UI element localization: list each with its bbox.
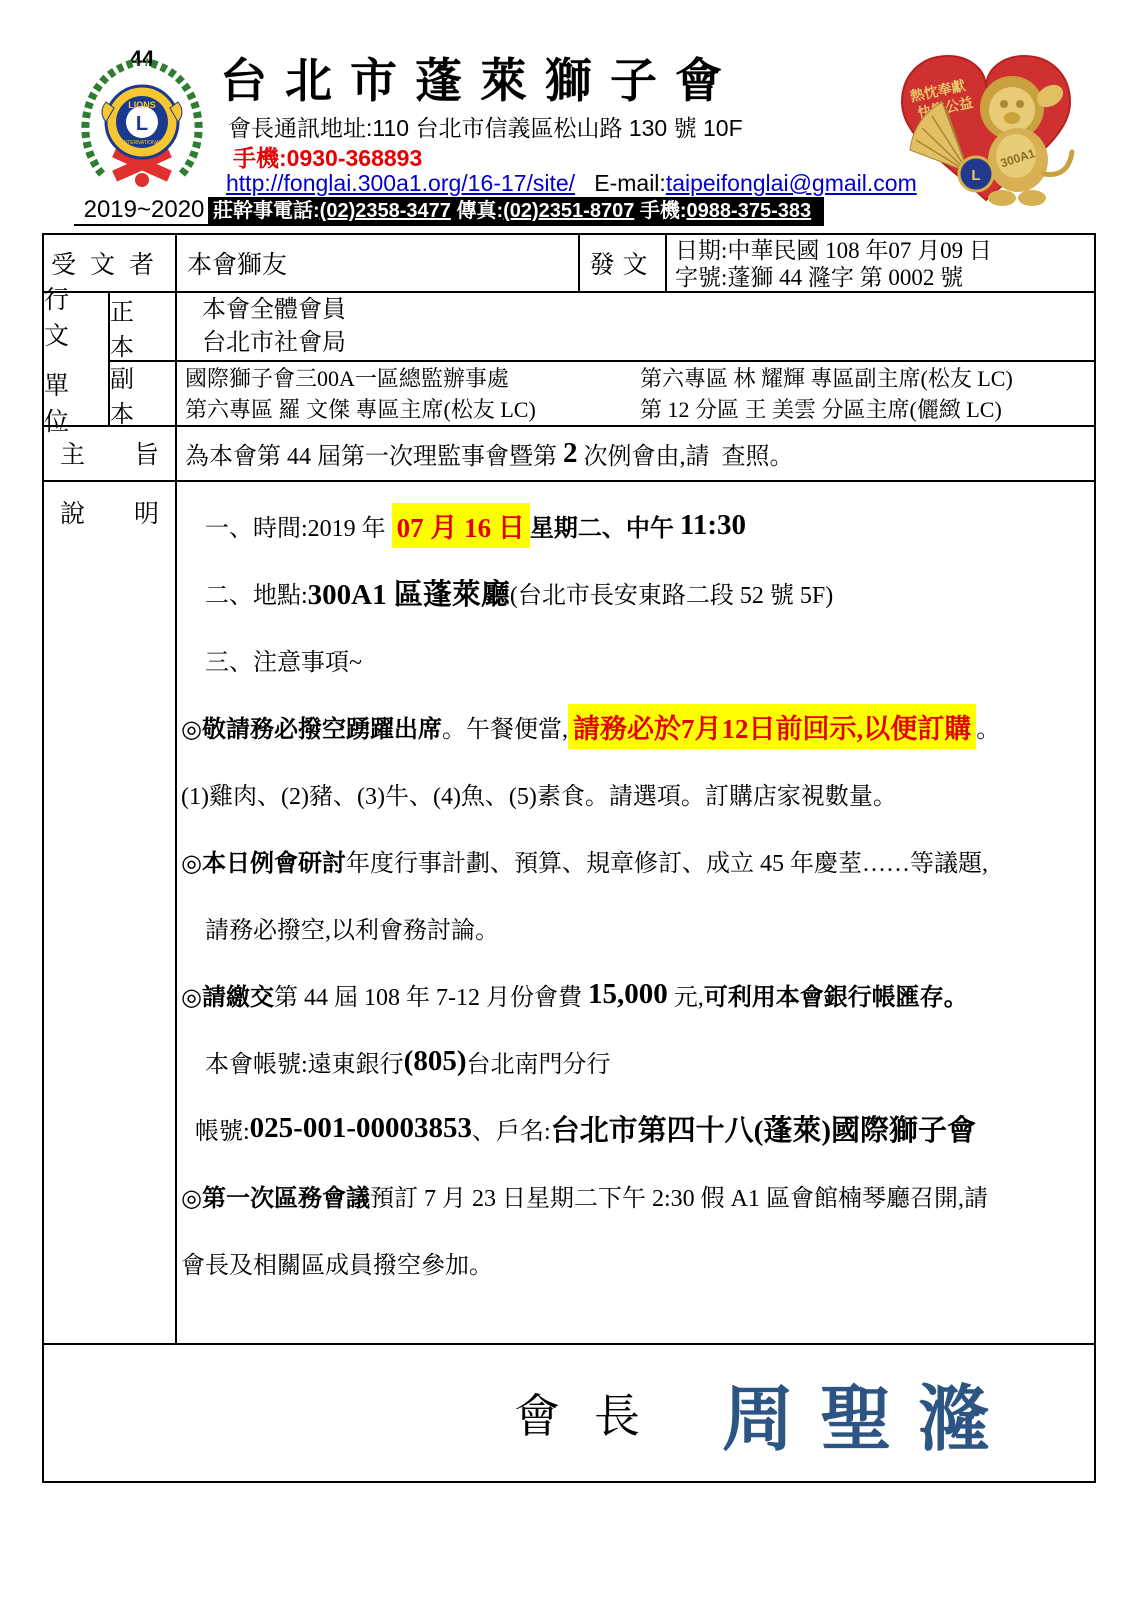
text-segment: (02)2351-8707 — [503, 200, 634, 222]
carbon-copy-row: 副 本 國際獅子會三00A一區總監辦事處 第六專區 林 耀輝 專區副主席(松友 … — [110, 362, 1094, 425]
original-copy-row: 正 本 本會全體會員 台北市社會局 — [110, 293, 1094, 362]
subject-label: 主 旨 — [44, 427, 177, 480]
document-page: { "header": { "emblem": { "number": "44"… — [0, 0, 1132, 1600]
description-line: 本會帳號:遠東銀行(805)台北南門分行 — [177, 1028, 1094, 1095]
description-line: 請務必撥空,以利會務討論。 — [177, 894, 1094, 961]
text-segment: 15,000 — [588, 978, 668, 1011]
recipient-value: 本會獅友 — [177, 235, 580, 291]
text-segment: ◎本日例會研討 — [181, 843, 346, 878]
text-segment: (805) — [404, 1045, 467, 1078]
original-recipient-line: 本會全體會員 — [202, 294, 1094, 327]
copy-recipients: 國際獅子會三00A一區總監辦事處 第六專區 林 耀輝 專區副主席(松友 LC) … — [177, 362, 1094, 425]
website-link[interactable]: http://fonglai.300a1.org/16-17/site/ — [226, 170, 575, 196]
text-segment: 二、地點: — [205, 575, 308, 610]
text-segment: 年度行事計劃、預算、規章修訂、成立 45 年慶荎……等議題, — [346, 843, 988, 878]
text-segment: 請務必於7月12日前回示,以便訂購 — [568, 704, 976, 749]
original-recipients: 本會全體會員 台北市社會局 — [177, 293, 1094, 360]
text-segment: 。午餐便當, — [442, 709, 568, 744]
description-line: 二、地點:300A1 區蓬萊廳(台北市長安東路二段 52 號 5F) — [177, 559, 1094, 626]
text-segment: 台北市第四十八(蓬萊)國際獅子會 — [551, 1108, 976, 1149]
text-segment: ◎請繳交 — [181, 977, 274, 1012]
description-line: 帳號:025-001-00003853、戶名:台北市第四十八(蓬萊)國際獅子會 — [177, 1095, 1094, 1162]
lions-emblem-icon: 44 LIONS L INTERNATIONAL — [68, 46, 216, 198]
text-segment: (台北市長安東路二段 52 號 5F) — [510, 575, 833, 610]
svg-text:INTERNATIONAL: INTERNATIONAL — [122, 140, 162, 146]
text-segment: 星期二、中午 — [530, 508, 680, 543]
text-segment: 為本會第 44 屆第一次理監事會暨第 — [185, 436, 563, 471]
description-line: ◎請繳交第 44 屆 108 年 7-12 月份會費 15,000 元,可利用本… — [177, 961, 1094, 1028]
dispatch-number: 字號:蓬獅 44 漋字 第 0002 號 — [675, 264, 1094, 291]
original-label: 正 本 — [110, 293, 177, 360]
svg-text:L: L — [971, 167, 980, 184]
copy-label: 副 本 — [110, 362, 177, 425]
description-line: ◎第一次區務會議預訂 7 月 23 日星期二下午 2:30 假 A1 區會館楠琴… — [177, 1162, 1094, 1229]
dispatch-info: 日期:中華民國 108 年07 月09 日 字號:蓬獅 44 漋字 第 0002… — [667, 235, 1094, 291]
text-segment: 手機: — [634, 200, 686, 222]
description-line: 三、注意事項~ — [177, 626, 1094, 693]
text-segment: 2 — [563, 437, 578, 470]
copy-recipient-cell: 第六專區 羅 文傑 專區主席(松友 LC) — [185, 394, 640, 425]
club-term-years: 2019~2020 — [74, 196, 214, 226]
row-recipient: 受文者 本會獅友 發文 日期:中華民國 108 年07 月09 日 字號:蓬獅 … — [44, 235, 1094, 293]
text-segment: 025-001-00003853 — [250, 1112, 472, 1145]
club-title: 台北市蓬萊獅子會 — [220, 44, 740, 111]
lion-mascot-icon: 熱忱奉獻 快樂公益 300A1 L — [876, 44, 1096, 216]
text-segment: 台北南門分行 — [467, 1044, 611, 1079]
text-segment: 本會帳號:遠東銀行 — [205, 1044, 404, 1079]
text-segment: 請務必撥空,以利會務討論。 — [205, 910, 499, 945]
original-recipient-line: 台北市社會局 — [202, 327, 1094, 360]
text-segment: 0988-375-383 — [687, 200, 812, 222]
text-segment: 會長及相關區成員撥空參加。 — [181, 1245, 493, 1280]
contact-links-line: http://fonglai.300a1.org/16-17/site/ E-m… — [226, 170, 917, 197]
description-line: ◎本日例會研討年度行事計劃、預算、規章修訂、成立 45 年慶荎……等議題, — [177, 827, 1094, 894]
president-address: 會長通訊地址:110 台北市信義區松山路 130 號 10F — [228, 110, 743, 143]
email-label: E-mail: — [575, 170, 666, 196]
row-subject: 主 旨 為本會第 44 屆第一次理監事會暨第 2 次例會由,請 查照。 — [44, 427, 1094, 482]
text-segment: (02)2358-3477 — [320, 200, 451, 222]
text-segment: 莊幹事電話: — [213, 200, 320, 222]
description-line: ◎敬請務必撥空踴躍出席。午餐便當,請務必於7月12日前回示,以便訂購。 — [177, 693, 1094, 760]
text-segment: 第 44 屆 108 年 7-12 月份會費 — [274, 977, 588, 1012]
president-signature-name: 周聖漋 — [722, 1361, 1016, 1465]
text-segment: 11:30 — [680, 509, 746, 542]
text-segment: ◎第一次區務會議 — [181, 1178, 370, 1213]
subject-label-right: 旨 — [134, 435, 159, 471]
text-segment: 傳真: — [451, 200, 503, 222]
row-description: 說 明 一、時間:2019 年 07 月 16 日星期二、中午 11:30二、地… — [44, 482, 1094, 1345]
signature-title: 會長 — [514, 1380, 674, 1446]
description-content: 一、時間:2019 年 07 月 16 日星期二、中午 11:30二、地點:30… — [177, 482, 1094, 1343]
description-line: 一、時間:2019 年 07 月 16 日星期二、中午 11:30 — [177, 492, 1094, 559]
copy-recipient-cell: 第 12 分區 王 美雲 分區主席(儷緻 LC) — [640, 394, 1094, 425]
row-signature: 會長 周聖漋 — [44, 1345, 1094, 1481]
text-segment: 三、注意事項~ — [205, 642, 362, 677]
row-addressed-units: 行 文 單 位 正 本 本會全體會員 台北市社會局 副 本 國際獅子會三00A一… — [44, 293, 1094, 427]
text-segment: 07 月 16 日 — [392, 503, 530, 548]
description-label-left: 說 — [60, 494, 85, 530]
text-segment: 元, — [668, 977, 704, 1012]
text-segment: (1)雞肉、(2)豬、(3)牛、(4)魚、(5)素食。請選項。訂購店家視數量。 — [181, 776, 897, 811]
subject-label-left: 主 — [60, 435, 85, 471]
svg-text:L: L — [136, 113, 148, 135]
club-mascot: 熱忱奉獻 快樂公益 300A1 L — [876, 44, 1096, 216]
svg-text:LIONS: LIONS — [128, 100, 156, 110]
unit-content: 正 本 本會全體會員 台北市社會局 副 本 國際獅子會三00A一區總監辦事處 第… — [110, 293, 1094, 425]
text-segment: 、戶名: — [472, 1111, 551, 1146]
text-segment: 可利用本會銀行帳匯存。 — [704, 977, 968, 1012]
copy-recipient-cell: 國際獅子會三00A一區總監辦事處 — [185, 363, 640, 394]
unit-label-line1: 行 文 — [44, 280, 108, 352]
text-segment: 300A1 區蓬萊廳 — [308, 572, 510, 613]
text-segment: ◎敬請務必撥空踴躍出席 — [181, 709, 442, 744]
unit-label: 行 文 單 位 — [44, 293, 110, 425]
text-segment: 次例會由,請 查照。 — [578, 436, 794, 471]
secretary-contact-bar: 莊幹事電話:(02)2358-3477 傳真:(02)2351-8707 手機:… — [208, 197, 824, 226]
text-segment: 一、時間:2019 年 — [205, 508, 392, 543]
description-line: 會長及相關區成員撥空參加。 — [177, 1229, 1094, 1296]
dispatch-date: 日期:中華民國 108 年07 月09 日 — [675, 237, 1094, 264]
dispatch-label: 發文 — [580, 235, 667, 291]
description-label: 說 明 — [44, 482, 177, 1343]
text-segment: 帳號: — [195, 1111, 250, 1146]
official-letter-table: 受文者 本會獅友 發文 日期:中華民國 108 年07 月09 日 字號:蓬獅 … — [42, 233, 1096, 1483]
description-label-right: 明 — [134, 494, 159, 530]
text-segment: 預訂 7 月 23 日星期二下午 2:30 假 A1 區會館楠琴廳召開,請 — [370, 1178, 988, 1213]
subject-text: 為本會第 44 屆第一次理監事會暨第 2 次例會由,請 查照。 — [177, 427, 1094, 480]
text-segment: 。 — [976, 709, 1000, 744]
copy-recipient-cell: 第六專區 林 耀輝 專區副主席(松友 LC) — [640, 363, 1094, 394]
lions-club-emblem: 44 LIONS L INTERNATIONAL — [68, 46, 216, 198]
description-line: (1)雞肉、(2)豬、(3)牛、(4)魚、(5)素食。請選項。訂購店家視數量。 — [177, 760, 1094, 827]
president-mobile: 手機:0930-368893 — [233, 140, 422, 173]
